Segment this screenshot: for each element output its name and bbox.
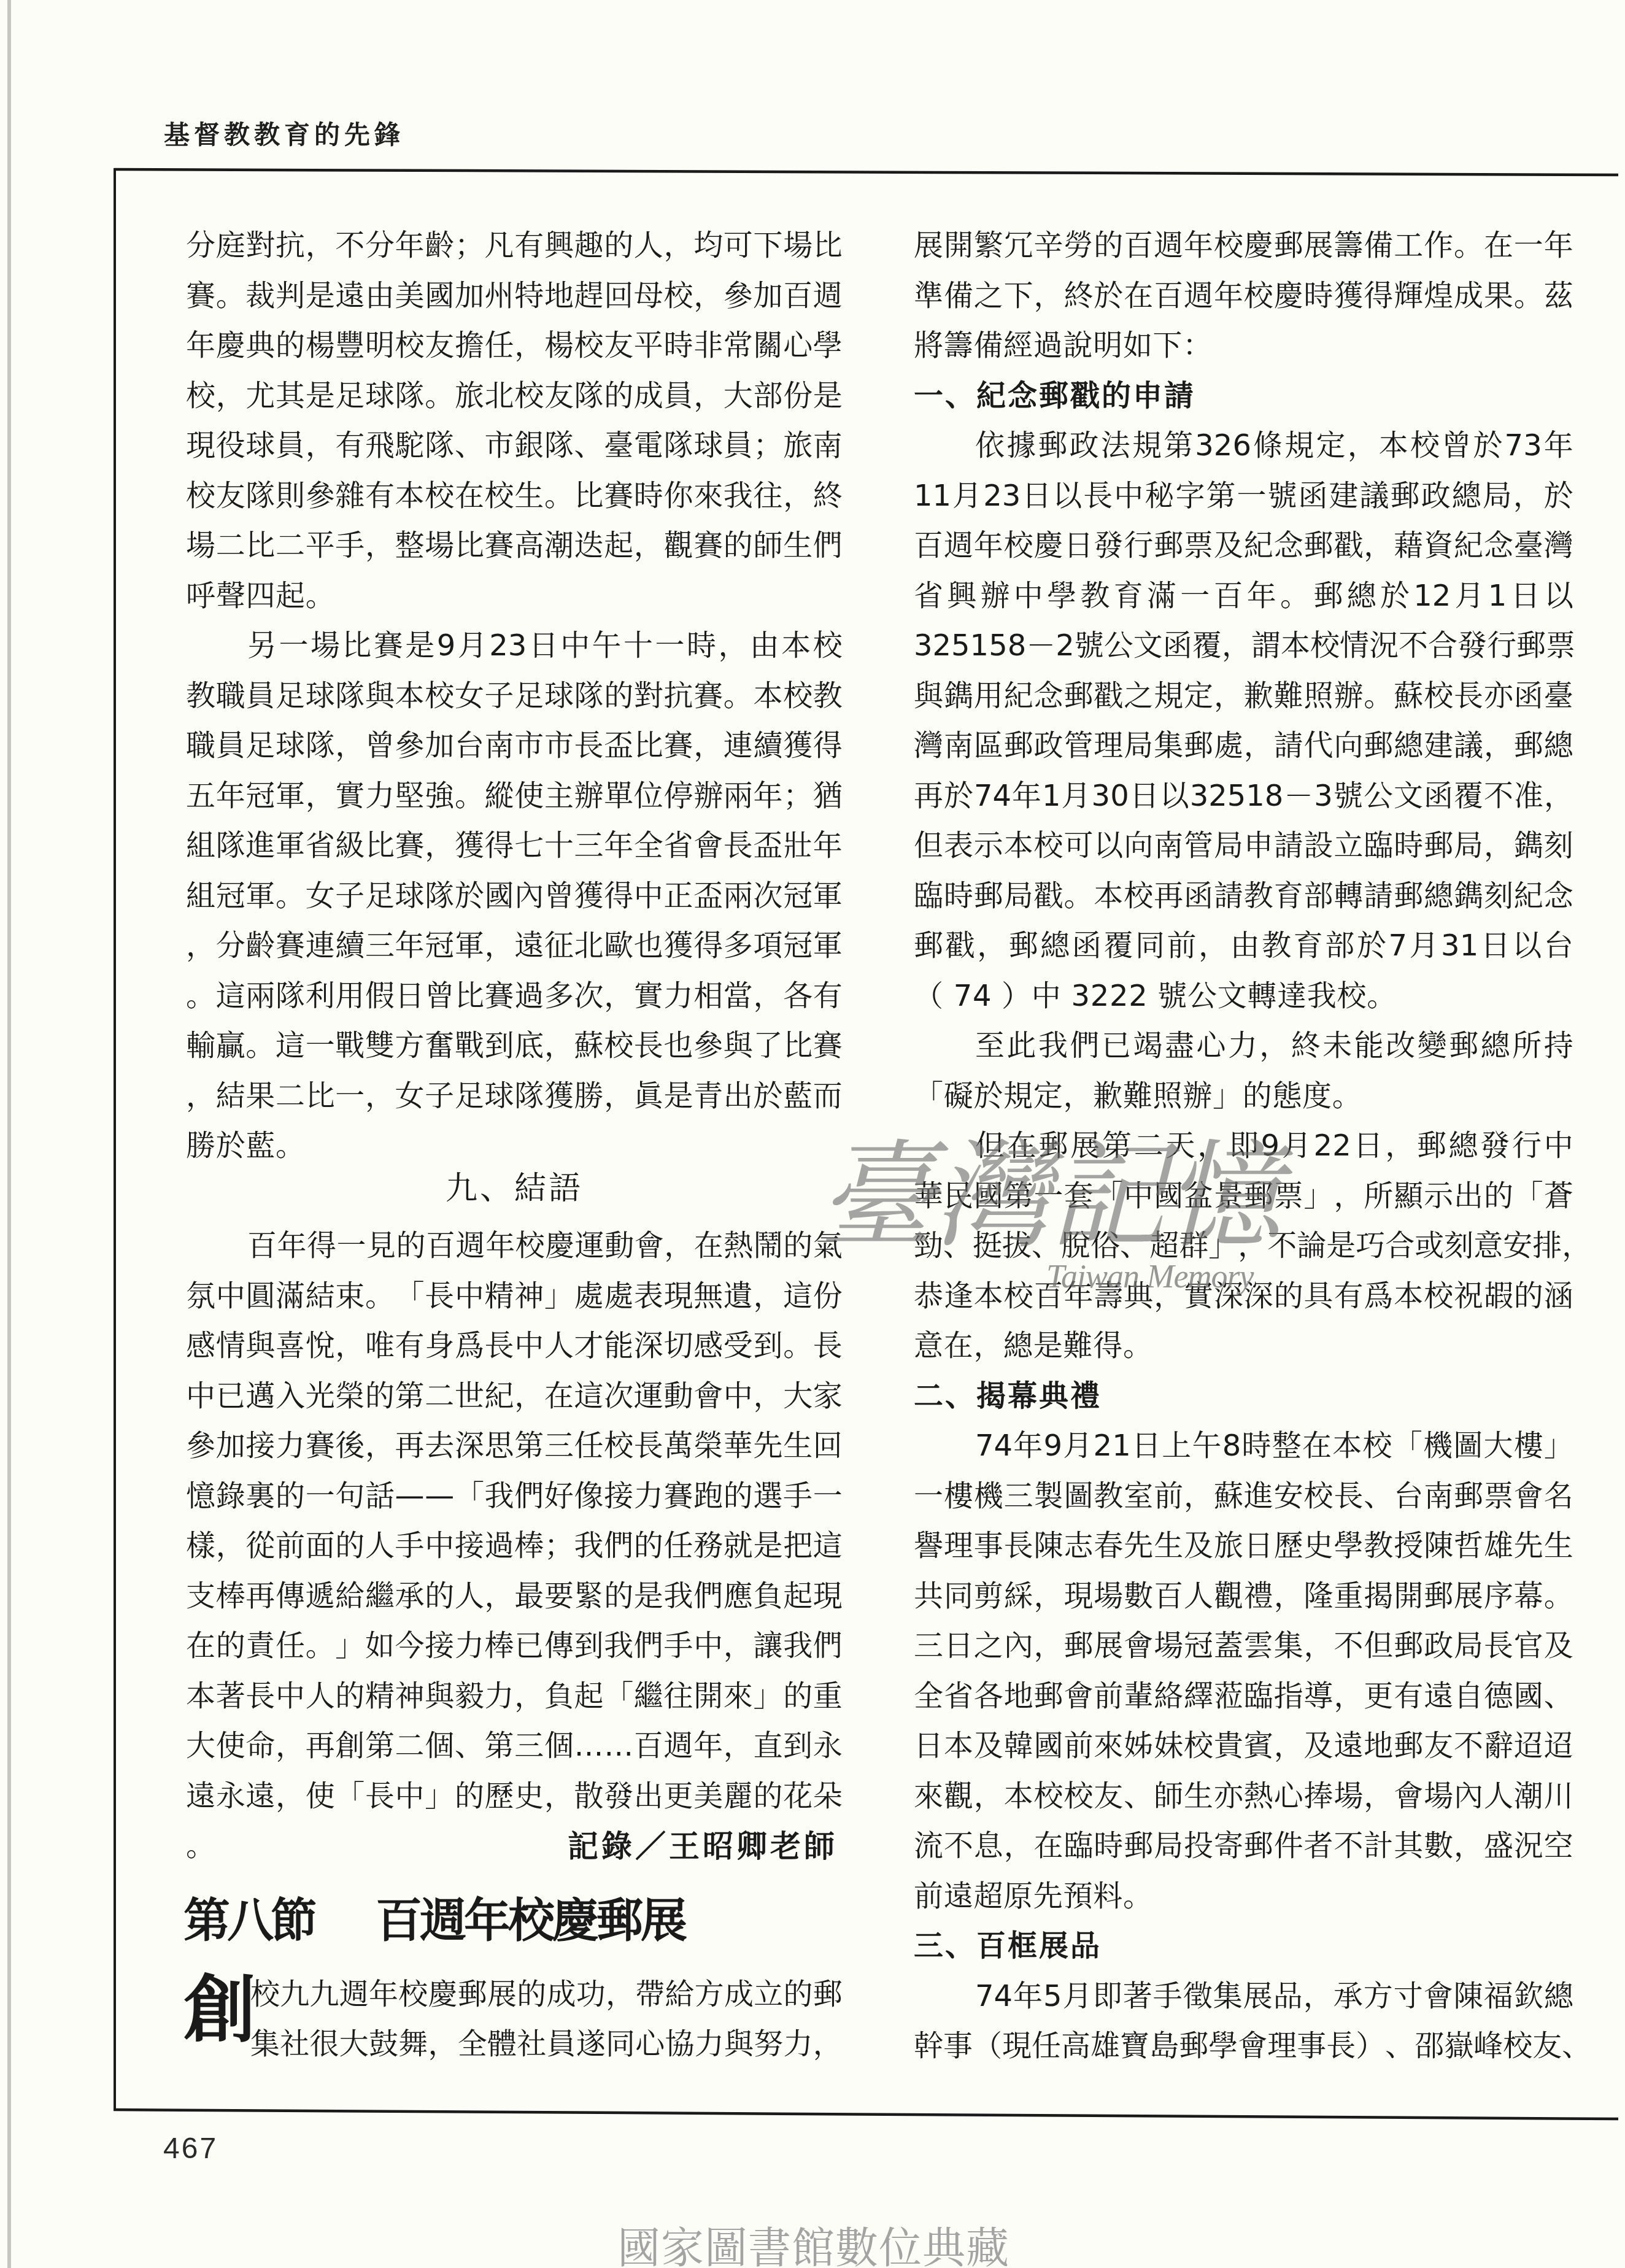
running-head: 基督教教育的先鋒 — [164, 120, 404, 150]
text-line: 但在郵展第二天，即9月22日，郵總發行中 — [914, 1121, 1573, 1171]
text-line: 勁、挺拔、脫俗、超群」，不論是巧合或刻意安排， — [914, 1221, 1573, 1271]
text-line: 一樓機三製圖教室前，蘇進安校長、台南郵票會名 — [914, 1471, 1573, 1522]
text-line: 意在，總是難得。 — [914, 1321, 1573, 1371]
text-line: 流不息，在臨時郵局投寄郵件者不計其數，盛況空 — [914, 1821, 1573, 1872]
text-line: 五年冠軍，實力堅強。縱使主辦單位停辦兩年；猶 — [186, 771, 843, 822]
text-line: 本著長中人的精神與毅力，負起「繼往開來」的重 — [186, 1672, 843, 1722]
paragraph-postmark-application: 依據郵政法規第326條規定，本校曾於73年 11月23日以長中秘字第一號函建議郵… — [914, 421, 1573, 1021]
text-line: 輸贏。這一戰雙方奮戰到底，蘇校長也參與了比賽 — [186, 1021, 843, 1071]
drop-cap: 創 — [183, 1973, 256, 2046]
text-line: 日本及韓國前來姊妹校貴賓，及遠地郵友不辭迢迢 — [914, 1721, 1573, 1772]
text-line: 準備之下，終於在百週年校慶時獲得輝煌成果。茲 — [914, 271, 1573, 322]
text-line: 展開繁冗辛勞的百週年校慶郵展籌備工作。在一年 — [914, 221, 1573, 271]
text-line: 。這兩隊利用假日曾比賽過多次，實力相當，各有 — [186, 971, 843, 1022]
text-line: 灣南區郵政管理局集郵處，請代向郵總建議，郵總 — [914, 721, 1573, 771]
text-line: 共同剪綵，現場數百人觀禮，隆重揭開郵展序幕。 — [914, 1572, 1573, 1622]
text-line: 氛中圓滿結束。「長中精神」處處表現無遺，這份 — [186, 1271, 843, 1322]
section-heading-conclusion: 九、結語 — [186, 1164, 843, 1214]
text-line: 樣，從前面的人手中接過棒；我們的任務就是把這 — [186, 1521, 843, 1572]
paragraph-exhibits: 74年5月即著手徵集展品，承方寸會陳福欽總 幹事（現任高雄寶島郵學會理事長）、邵… — [914, 1972, 1573, 2072]
text-line: 省興辦中學教育滿一百年。郵總於12月1日以 — [914, 571, 1573, 622]
text-line: 百年得一見的百週年校慶運動會，在熱鬧的氣 — [186, 1221, 843, 1271]
section-number: 第八節 — [183, 1872, 314, 1970]
text-line: 幹事（現任高雄寶島郵學會理事長）、邵嶽峰校友、 — [914, 2021, 1573, 2072]
text-line: 與鐫用紀念郵戳之規定，歉難照辦。蘇校長亦函臺 — [914, 671, 1573, 722]
text-line: 「礙於規定，歉難照辦」的態度。 — [914, 1071, 1573, 1122]
text-line: 三日之內，郵展會場冠蓋雲集，不但郵政局長官及 — [914, 1621, 1573, 1672]
text-line: 另一場比賽是9月23日中午十一時，由本校 — [186, 621, 843, 671]
paragraph-efforts-exhausted: 至此我們已竭盡心力，終未能改變郵總所持 「礙於規定，歉難照辦」的態度。 — [914, 1021, 1573, 1121]
text-line: 臨時郵局戳。本校再函請教育部轉請郵總鐫刻紀念 — [914, 871, 1573, 922]
right-column: 展開繁冗辛勞的百週年校慶郵展籌備工作。在一年 準備之下，終於在百週年校慶時獲得輝… — [914, 221, 1573, 2072]
text-line: 74年9月21日上午8時整在本校「機圖大樓」 — [914, 1421, 1573, 1471]
paragraph-opening-ceremony: 74年9月21日上午8時整在本校「機圖大樓」 一樓機三製圖教室前，蘇進安校長、台… — [914, 1421, 1573, 1921]
subheading-opening-ceremony: 二、揭幕典禮 — [914, 1371, 1573, 1422]
author-credit: 記錄／王昭卿老師 — [568, 1821, 843, 1872]
text-line: 來觀，本校校友、師生亦熱心捧場，會場內人潮川 — [914, 1772, 1573, 1822]
text-line: 分庭對抗，不分年齡；凡有興趣的人，均可下場比 — [186, 221, 843, 271]
left-column: 分庭對抗，不分年齡；凡有興趣的人，均可下場比 賽。裁判是遠由美國加州特地趕回母校… — [186, 221, 843, 2070]
paragraph-preparation-intro: 展開繁冗辛勞的百週年校慶郵展籌備工作。在一年 準備之下，終於在百週年校慶時獲得輝… — [914, 221, 1573, 371]
text-line: 將籌備經過說明如下： — [914, 321, 1573, 371]
text-line: 教職員足球隊與本校女子足球隊的對抗賽。本校教 — [186, 671, 843, 722]
text-line: 年慶典的楊豐明校友擔任，楊校友平時非常關心學 — [186, 321, 843, 371]
text-line: 職員足球隊，曾參加台南市市長盃比賽，連續獲得 — [186, 721, 843, 771]
credit-line: 。 記錄／王昭卿老師 — [186, 1821, 843, 1872]
paragraph-bonsai-stamps: 但在郵展第二天，即9月22日，郵總發行中 華民國第一套「中國盆景郵票」，所顯示出… — [914, 1121, 1573, 1371]
page-number: 467 — [163, 2134, 218, 2164]
top-rule — [114, 169, 1618, 175]
text-line: （ 74 ）中 3222 號公文轉達我校。 — [914, 971, 1573, 1022]
text-line: 百週年校慶日發行郵票及紀念郵戳，藉資紀念臺灣 — [914, 521, 1573, 571]
text-line: 再於74年1月30日以32518－3號公文函覆不准， — [914, 771, 1573, 822]
text-line: 恭逢本校百年壽典，實深深的具有爲本校祝嘏的涵 — [914, 1271, 1573, 1322]
ncl-digital-collection-watermark: 國家圖書館數位典藏 — [617, 2226, 1009, 2268]
text-line: 全省各地郵會前輩絡繹蒞臨指導，更有遠自德國、 — [914, 1672, 1573, 1722]
text-line: 賽。裁判是遠由美國加州特地趕回母校，參加百週 — [186, 271, 843, 322]
subheading-commemorative-postmark: 一、紀念郵戳的申請 — [914, 371, 1573, 422]
text-line: 感情與喜悅，唯有身爲長中人才能深切感受到。長 — [186, 1321, 843, 1371]
subheading-hundred-frame-exhibits: 三、百框展品 — [914, 1921, 1573, 1972]
paragraph-alumni-match: 分庭對抗，不分年齡；凡有興趣的人，均可下場比 賽。裁判是遠由美國加州特地趕回母校… — [186, 221, 843, 621]
text-line: 中已邁入光榮的第二世紀，在這次運動會中，大家 — [186, 1371, 843, 1422]
text-line: 譽理事長陳志春先生及旅日歷史學教授陳哲雄先生 — [914, 1521, 1573, 1572]
text-line: 支棒再傳遞給繼承的人，最要緊的是我們應負起現 — [186, 1572, 843, 1622]
text-line: 組隊進軍省級比賽，獲得七十三年全省會長盃壯年 — [186, 821, 843, 871]
text-line: 現役球員，有飛駝隊、市銀隊、臺電隊球員；旅南 — [186, 421, 843, 471]
text-line: 憶錄裏的一句話——「我們好像接力賽跑的選手一 — [186, 1471, 843, 1522]
text-line: 但表示本校可以向南管局申請設立臨時郵局，鐫刻 — [914, 821, 1573, 871]
paragraph-philatelic-intro: 創 校九九週年校慶郵展的成功，帶給方成立的郵 集社很大鼓舞，全體社員遂同心協力與… — [186, 1970, 843, 2070]
text-line: 參加接力賽後，再去深思第三任校長萬榮華先生回 — [186, 1421, 843, 1471]
text-line: 集社很大鼓舞，全體社員遂同心協力與努力， — [186, 2019, 843, 2070]
paragraph-conclusion: 百年得一見的百週年校慶運動會，在熱鬧的氣 氛中圓滿結束。「長中精神」處處表現無遺… — [186, 1221, 843, 1872]
text-line: ，分齡賽連續三年冠軍，遠征北歐也獲得多項冠軍 — [186, 921, 843, 971]
text-line: 遠永遠，使「長中」的歷史，散發出更美麗的花朵 — [186, 1772, 843, 1822]
bottom-rule — [114, 2110, 1618, 2119]
section-title: 百週年校慶郵展 — [376, 1872, 685, 1970]
text-line: 在的責任。」如今接力棒已傳到我們手中，讓我們 — [186, 1621, 843, 1672]
text-line: 325158－2號公文函覆，謂本校情況不合發行郵票 — [914, 621, 1573, 671]
text-line: 華民國第一套「中國盆景郵票」，所顯示出的「蒼 — [914, 1171, 1573, 1222]
text-line: 依據郵政法規第326條規定，本校曾於73年 — [914, 421, 1573, 471]
text-line: 校，尤其是足球隊。旅北校友隊的成員，大部份是 — [186, 371, 843, 422]
text-line: 校友隊則參雜有本校在校生。比賽時你來我往，終 — [186, 471, 843, 522]
text-line: 呼聲四起。 — [186, 571, 843, 622]
text-line: 11月23日以長中秘字第一號函建議郵政總局，於 — [914, 471, 1573, 522]
paragraph-staff-vs-girls-match: 另一場比賽是9月23日中午十一時，由本校 教職員足球隊與本校女子足球隊的對抗賽。… — [186, 621, 843, 1171]
section-8-heading: 第八節 百週年校慶郵展 — [186, 1872, 843, 1970]
text-line: 校九九週年校慶郵展的成功，帶給方成立的郵 — [186, 1970, 843, 2020]
scan-edge-shadow — [7, 0, 11, 2268]
text-line: 74年5月即著手徵集展品，承方寸會陳福欽總 — [914, 1972, 1573, 2022]
text-line: 大使命，再創第二個、第三個……百週年，直到永 — [186, 1721, 843, 1772]
text-line: 場二比二平手，整場比賽高潮迭起，觀賽的師生們 — [186, 521, 843, 571]
text-line: 郵戳，郵總函覆同前，由教育部於7月31日以台 — [914, 921, 1573, 971]
closing-period: 。 — [186, 1821, 216, 1872]
text-line: 組冠軍。女子足球隊於國內曾獲得中正盃兩次冠軍 — [186, 871, 843, 922]
text-line: ，結果二比一，女子足球隊獲勝，眞是青出於藍而 — [186, 1071, 843, 1122]
text-line: 至此我們已竭盡心力，終未能改變郵總所持 — [914, 1021, 1573, 1071]
text-line: 前遠超原先預料。 — [914, 1872, 1573, 1922]
